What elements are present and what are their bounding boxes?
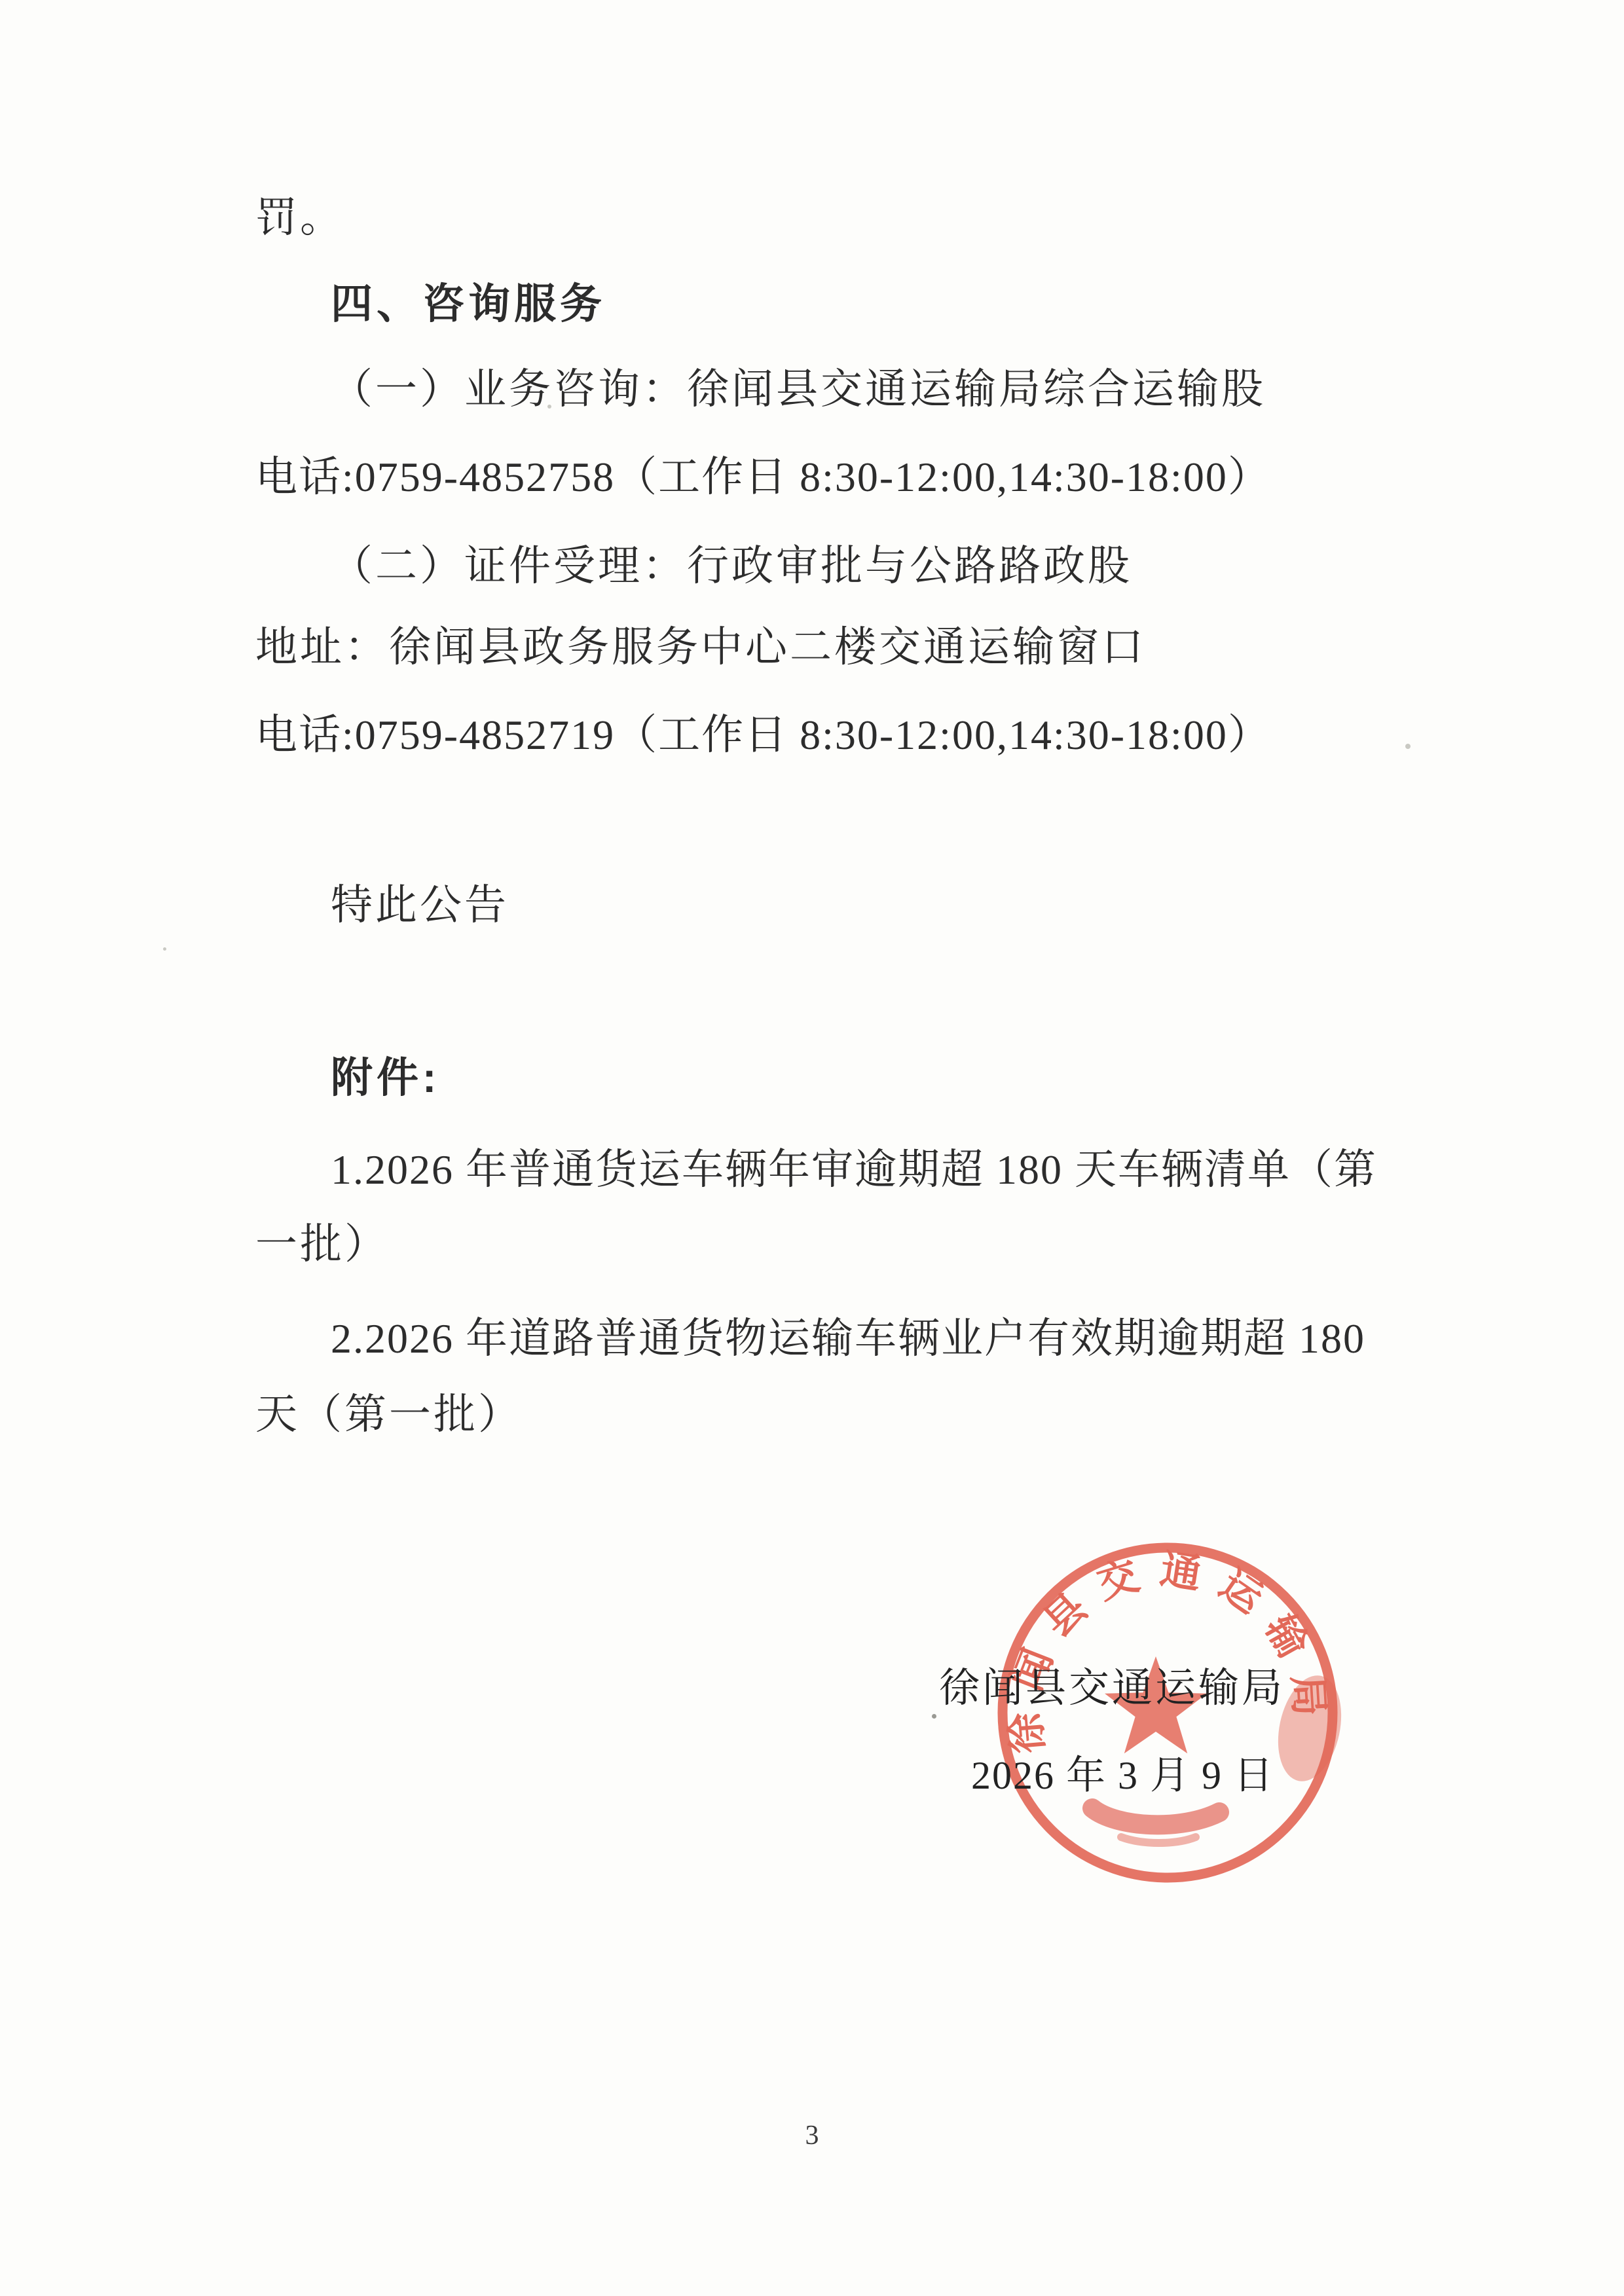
accept-phone-line: 电话:0759-4852719（工作日 8:30-12:00,14:30-18:…	[255, 711, 1271, 759]
document-page: 罚。 四、咨询服务 （一）业务咨询：徐闻县交通运输局综合运输股 电话:0759-…	[0, 0, 1624, 2296]
signature-organization: 徐闻县交通运输局	[939, 1655, 1285, 1713]
section-heading: 四、咨询服务	[331, 280, 606, 329]
seal-bottom-smudge	[1092, 1808, 1219, 1825]
consult-phone-line: 电话:0759-4852758（工作日 8:30-12:00,14:30-18:…	[255, 453, 1271, 501]
scan-speck	[163, 947, 166, 951]
closing-line: 特此公告	[331, 881, 509, 930]
consult-line: （一）业务咨询：徐闻县交通运输局综合运输股	[331, 365, 1266, 414]
attachment2-line1: 2.2026 年道路普通货物运输车辆业户有效期逾期超 180	[331, 1315, 1365, 1363]
attachment1-line1: 1.2026 年普通货运车辆年审逾期超 180 天车辆清单（第	[331, 1146, 1377, 1194]
trailing-line: 罚。	[255, 194, 344, 242]
scan-speck	[1405, 744, 1411, 749]
accept-line: （二）证件受理：行政审批与公路路政股	[331, 542, 1132, 591]
attachment1-line2: 一批）	[255, 1220, 389, 1269]
scan-speck	[932, 1714, 936, 1719]
attachments-label: 附件:	[331, 1054, 440, 1102]
address-line: 地址：徐闻县政务服务中心二楼交通运输窗口	[255, 623, 1146, 672]
attachment2-line2: 天（第一批）	[255, 1391, 523, 1439]
scan-speck	[547, 405, 551, 409]
signature-date: 2026 年 3 月 9 日	[971, 1744, 1274, 1800]
seal-bottom-smudge-2	[1121, 1837, 1196, 1843]
page-number: 3	[0, 2120, 1624, 2151]
